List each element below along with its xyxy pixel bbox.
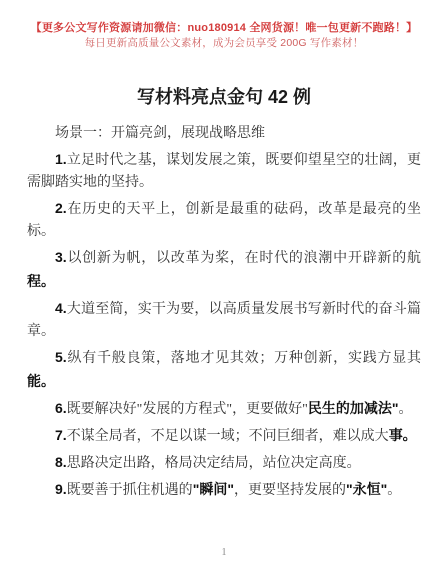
document-page: 【更多公文写作资源请加微信：nuo180914 全网货源！唯一包更新不跑路！】 … [0,0,448,580]
document-title: 写材料亮点金句 42 例 [0,84,448,110]
list-item-1: 1.立足时代之基，谋划发展之策，既要仰望星空的壮阔，更需脚踏实地的坚持。 [27,148,421,194]
item-number: 6. [55,400,67,416]
promo-banner: 【更多公文写作资源请加微信：nuo180914 全网货源！唯一包更新不跑路！】 … [0,0,448,51]
item-text: 。 [398,402,412,417]
document-body: 场景一：开篇亮剑，展现战略思维 1.立足时代之基，谋划发展之策，既要仰望星空的壮… [27,123,421,502]
list-item-8: 8.思路决定出路，格局决定结局，站位决定高度。 [27,451,421,475]
item-text: 大道至简，实干为要，以高质量发展书写新时代的奋斗篇章。 [27,302,421,339]
promo-banner-line1: 【更多公文写作资源请加微信：nuo180914 全网货源！唯一包更新不跑路！】 [0,20,448,36]
item-text: 立足时代之基，谋划发展之策，既要仰望星空的壮阔，更需脚踏实地的坚持。 [27,153,421,190]
item-text: 在历史的天平上，创新是最重的砝码，改革是最亮的坐标。 [27,202,421,239]
list-item-7: 7.不谋全局者，不足以谋一域；不问巨细者，难以成大事。 [27,424,421,448]
item-number: 7. [55,427,67,443]
item-text-bold: 事。 [389,427,417,443]
list-item-2: 2.在历史的天平上，创新是最重的砝码，改革是最亮的坐标。 [27,197,421,243]
item-text: 不谋全局者，不足以谋一域；不问巨细者，难以成大 [67,429,389,444]
scene-heading-text: 场景一：开篇亮剑，展现战略思维 [55,126,265,141]
scene-heading: 场景一：开篇亮剑，展现战略思维 [27,123,421,145]
item-text: ，更要坚持发展的 [234,483,346,498]
item-text-bold: 能。 [27,373,55,389]
item-number: 5. [55,349,67,365]
item-number: 3. [55,249,67,265]
list-item-9: 9.既要善于抓住机遇的"瞬间"，更要坚持发展的"永恒"。 [27,478,421,502]
item-text: 思路决定出路，格局决定结局，站位决定高度。 [67,456,361,471]
list-item-6: 6.既要解决好"发展的方程式"，更要做好"民生的加减法"。 [27,397,421,421]
list-item-4: 4.大道至简，实干为要，以高质量发展书写新时代的奋斗篇章。 [27,297,421,343]
page-number: 1 [0,547,448,558]
item-text: 既要解决好"发展的方程式"，更要做好" [67,402,308,417]
item-text: 以创新为帆，以改革为桨，在时代的浪潮中开辟新的航 [67,251,421,266]
item-text: 。 [387,483,401,498]
item-text: 既要善于抓住机遇的 [67,483,193,498]
list-item-3: 3.以创新为帆，以改革为桨，在时代的浪潮中开辟新的航程。 [27,246,421,294]
item-text: 纵有千般良策，落地才见其效；万种创新，实践方显其 [67,351,421,366]
item-text-bold: "瞬间" [193,481,234,497]
item-text-bold: "永恒" [346,481,387,497]
list-item-5: 5.纵有千般良策，落地才见其效；万种创新，实践方显其能。 [27,346,421,394]
item-number: 2. [55,200,67,216]
item-number: 9. [55,481,67,497]
item-number: 1. [55,151,67,167]
item-text-bold: 民生的加减法" [308,400,399,416]
promo-banner-line2: 每日更新高质量公文素材，成为会员享受 200G 写作素材！ [0,36,448,51]
item-number: 4. [55,300,67,316]
item-number: 8. [55,454,67,470]
item-text-bold: 程。 [27,273,55,289]
